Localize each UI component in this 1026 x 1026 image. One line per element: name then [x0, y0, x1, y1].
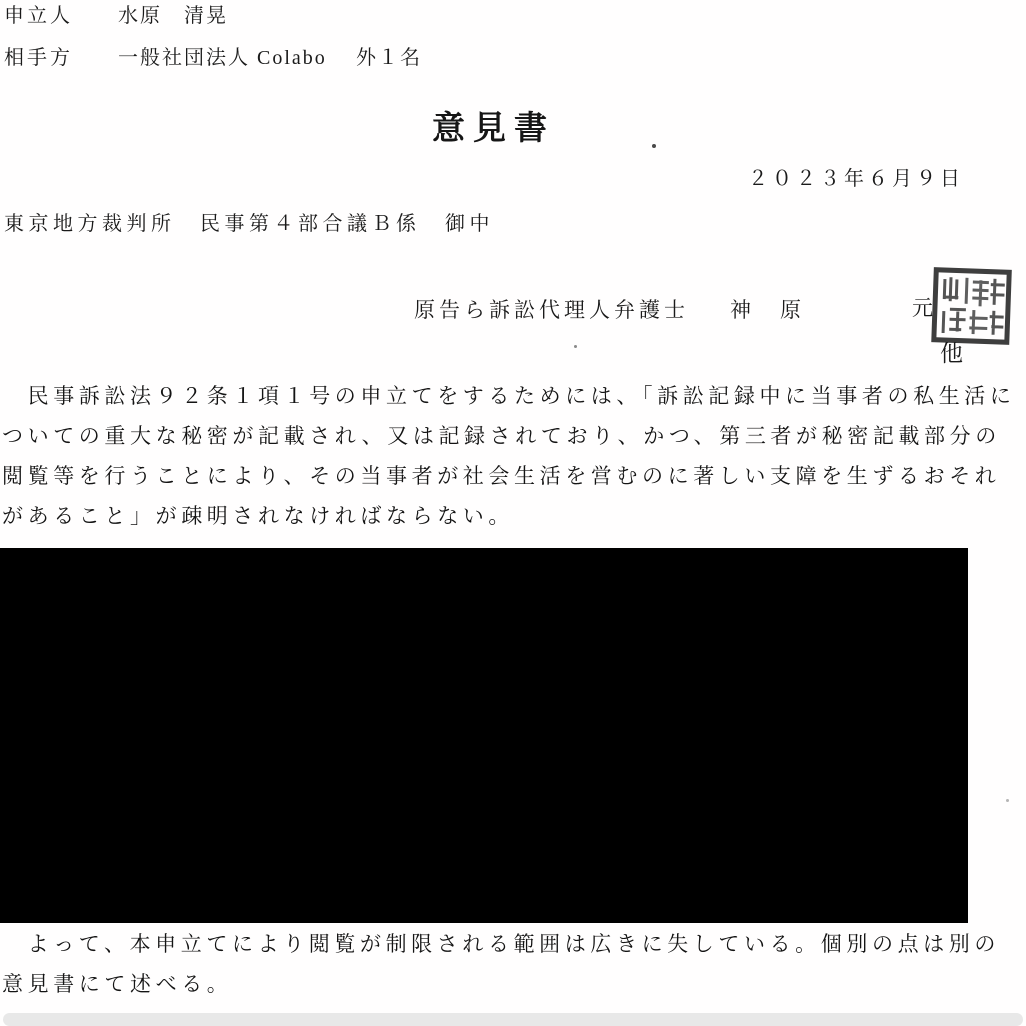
- body-paragraph-line: ついての重大な秘密が記載され、又は記録されており、かつ、第三者が秘密記載部分の: [2, 426, 1001, 466]
- redacted-block: [0, 548, 968, 923]
- respondent-label: 相手方: [4, 48, 73, 68]
- closing-paragraph-line: よって、本申立てにより閲覧が制限される範囲は広きに失している。個別の点は別の: [2, 934, 1000, 974]
- document-page: 申立人 水原 清晃 相手方 一般社団法人 Colabo 外１名 意見書 ２０２３…: [0, 0, 1026, 1026]
- body-paragraph-line: 閲覧等を行うことにより、その当事者が社会生活を営むのに著しい支障を生ずるおそれ: [2, 466, 1000, 506]
- attorney-role: 原告ら訴訟代理人弁護士: [414, 300, 689, 321]
- court-recipient: 東京地方裁判所 民事第４部合議Ｂ係 御中: [4, 214, 494, 234]
- document-date: ２０２３年６月９日: [748, 169, 964, 189]
- signature-suffix-other: 他: [940, 342, 967, 365]
- attorney-seal-icon: [932, 268, 1012, 346]
- respondent-name: 一般社団法人 Colabo: [118, 48, 327, 68]
- petitioner-name: 水原 清晃: [118, 6, 228, 26]
- page-title: 意見書: [432, 113, 555, 146]
- scan-artifact-dot: [1006, 799, 1009, 802]
- petitioner-label: 申立人: [4, 6, 73, 26]
- horizontal-scrollbar-track[interactable]: [3, 1013, 1023, 1026]
- closing-paragraph-line: 意見書にて述べる。: [2, 974, 232, 1014]
- scan-artifact-dot: [652, 144, 656, 148]
- body-paragraph-line: 民事訴訟法９２条１項１号の申立てをするためには、「訴訟記録中に当事者の私生活に: [2, 386, 1016, 426]
- attorney-surname: 神 原: [730, 300, 805, 321]
- scan-artifact-dot: [574, 345, 577, 348]
- body-paragraph-line: があること」が疎明されなければならない。: [2, 506, 514, 546]
- respondent-suffix: 外１名: [356, 48, 422, 68]
